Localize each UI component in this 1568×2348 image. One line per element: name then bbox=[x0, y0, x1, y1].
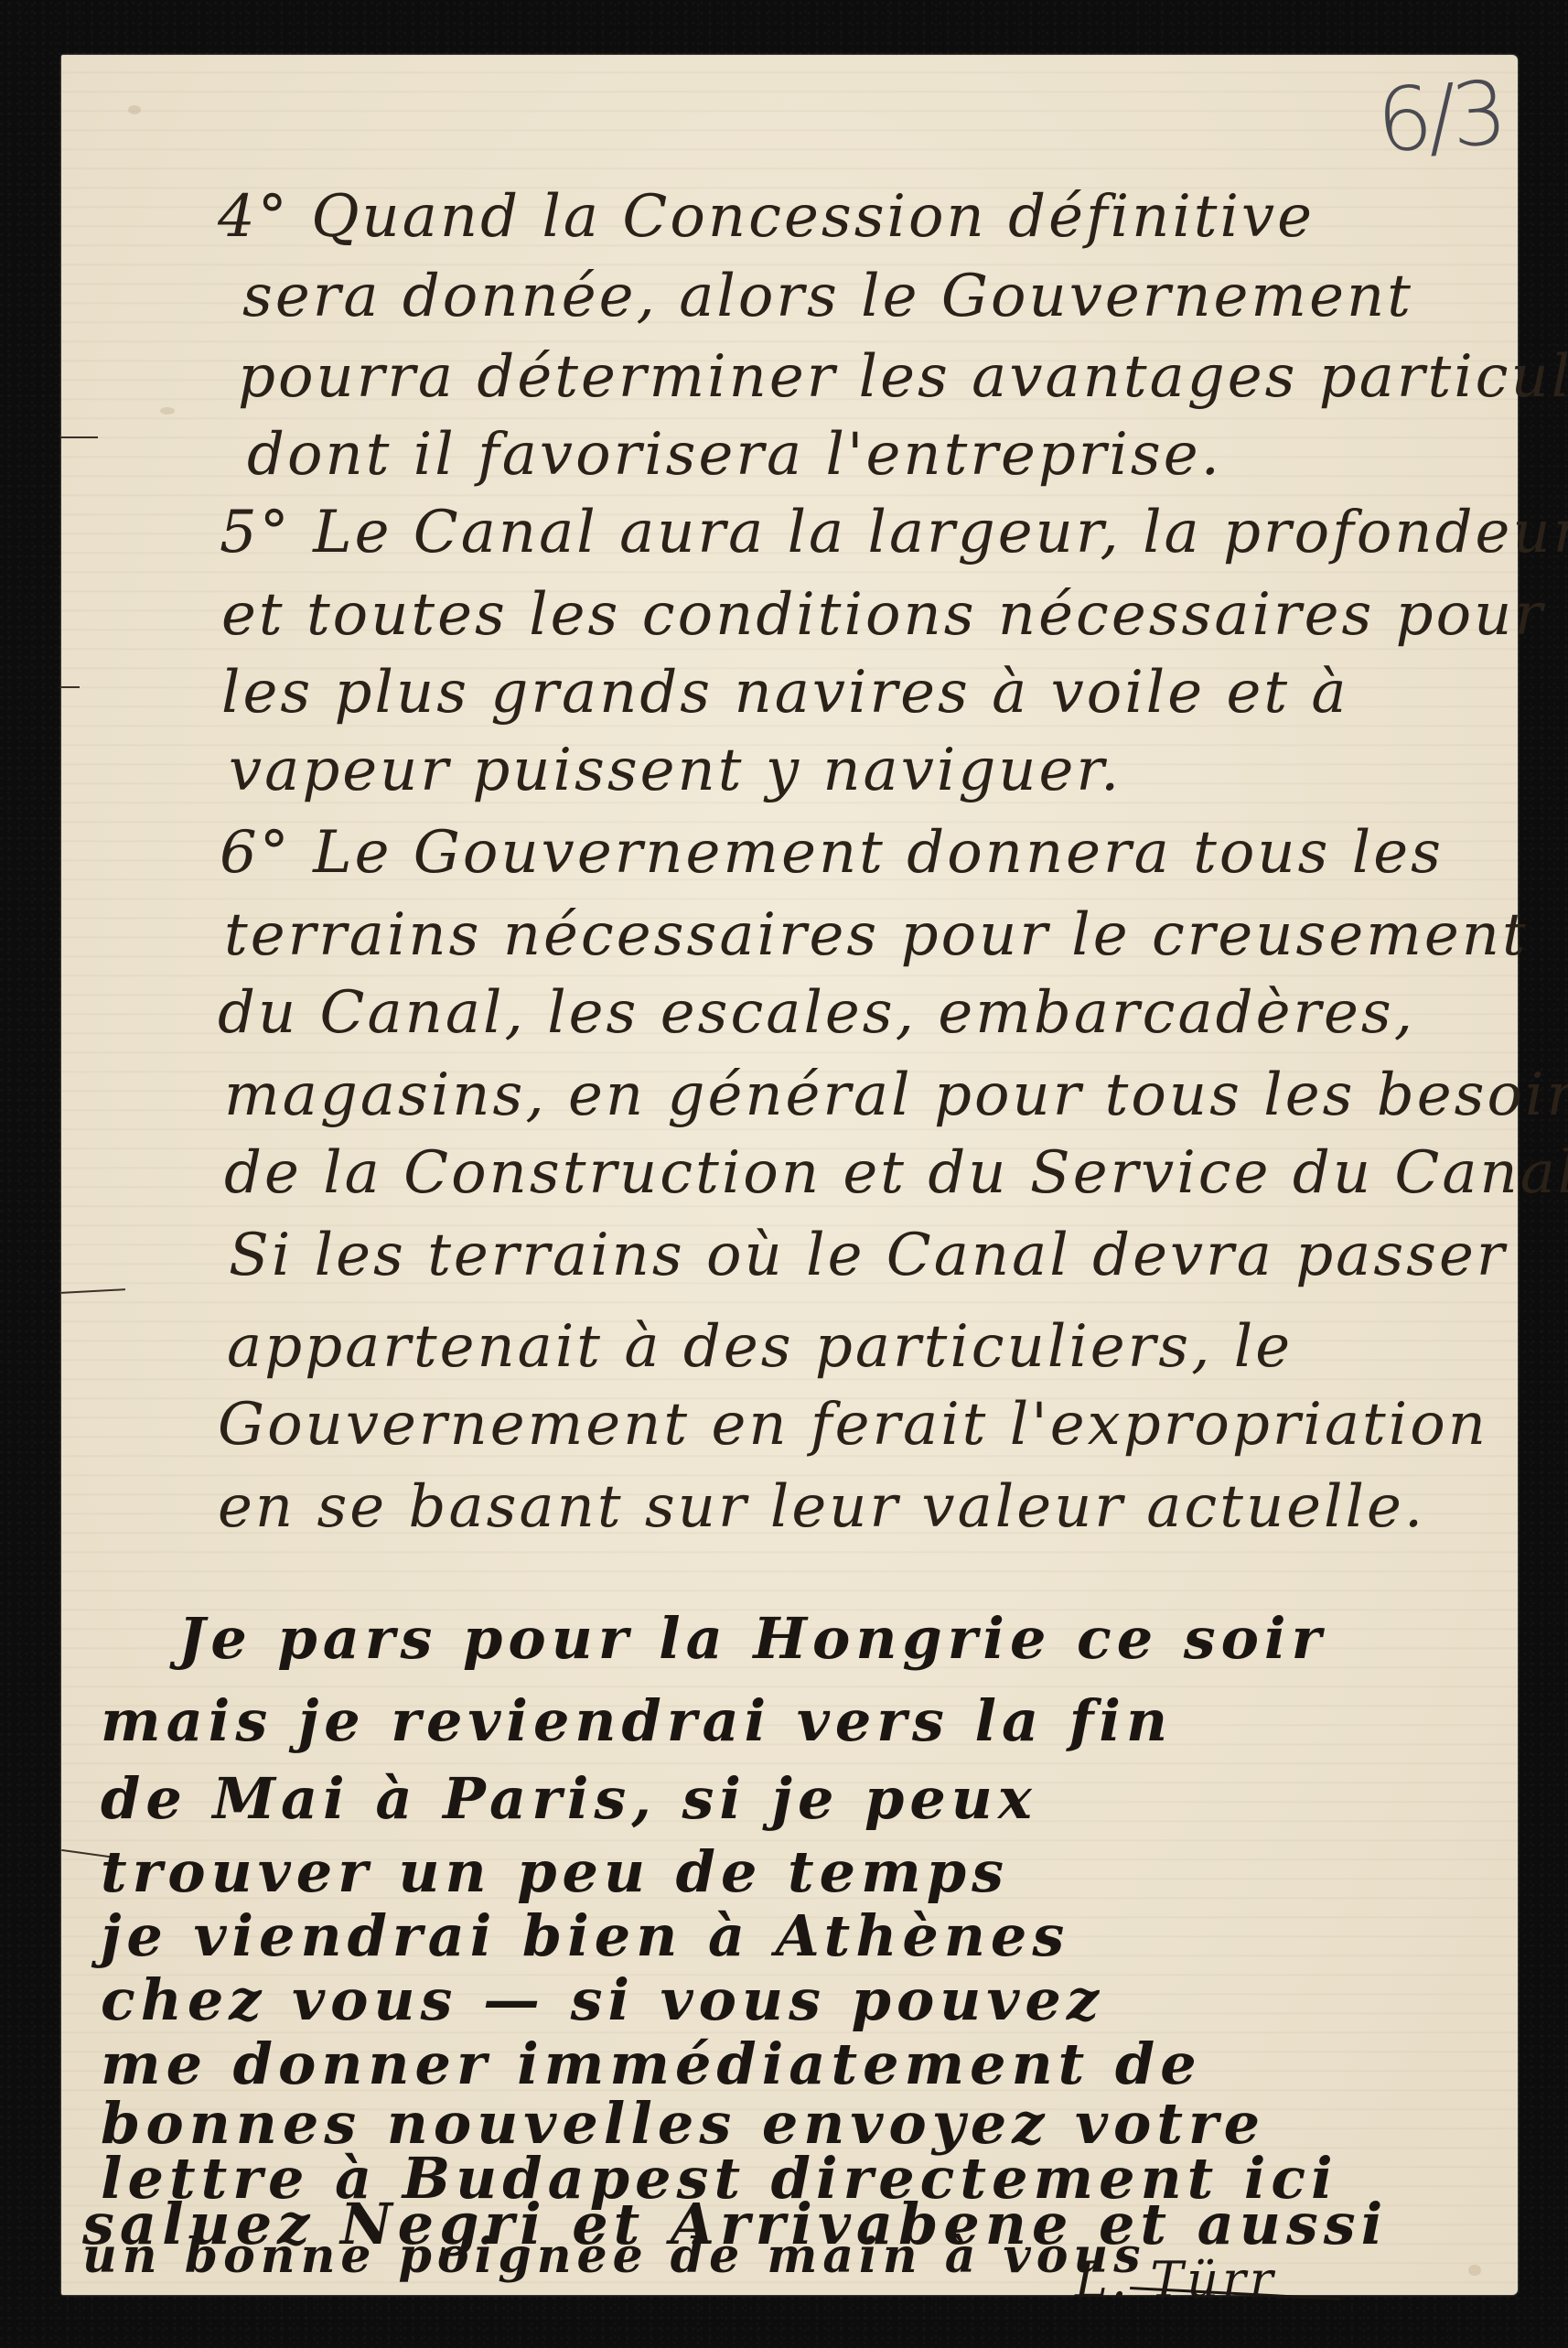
folio-number: 6/3 bbox=[1373, 61, 1505, 172]
text-line: Si les terrains où le Canal devra passer bbox=[229, 1226, 1507, 1285]
postscript-line: je viendrai bien à Athènes bbox=[101, 1908, 1069, 1965]
text-line: en se basant sur leur valeur actuelle. bbox=[218, 1478, 1425, 1536]
postscript-line: me donner immédiatement de bbox=[101, 2036, 1202, 2093]
text-line: 6° Le Gouvernement donnera tous les bbox=[220, 824, 1444, 882]
postscript-line: de Mai à Paris, si je peux bbox=[101, 1771, 1037, 1827]
margin-tick bbox=[61, 436, 98, 438]
postscript-line: mais je reviendrai vers la fin bbox=[101, 1693, 1173, 1750]
text-line: terrains nécessaires pour le creusement bbox=[224, 906, 1529, 964]
text-line: pourra déterminer les avantages particul… bbox=[238, 348, 1568, 406]
text-line: Gouvernement en ferait l'expropriation bbox=[218, 1395, 1488, 1454]
text-line: 5° Le Canal aura la largeur, la profonde… bbox=[220, 503, 1568, 562]
text-line: magasins, en général pour tous les besoi… bbox=[224, 1066, 1568, 1125]
text-line: les plus grands navires à voile et à bbox=[221, 663, 1349, 722]
text-line: et toutes les conditions nécessaires pou… bbox=[221, 586, 1568, 644]
paper-stain bbox=[160, 407, 175, 415]
paper-stain bbox=[1468, 2265, 1481, 2276]
text-line: appartenait à des particuliers, le bbox=[227, 1318, 1293, 1376]
text-line: dont il favorisera l'entreprise. bbox=[247, 425, 1222, 484]
text-line: sera donnée, alors le Gouvernement bbox=[242, 267, 1413, 326]
text-line: vapeur puissent y naviguer. bbox=[229, 741, 1122, 800]
margin-tick bbox=[61, 686, 80, 688]
postscript-line: chez vous — si vous pouvez bbox=[101, 1972, 1104, 2029]
signature: L. Türr bbox=[1075, 2251, 1277, 2309]
postscript-line: Je pars pour la Hongrie ce soir bbox=[178, 1610, 1326, 1667]
text-line: de la Construction et du Service du Cana… bbox=[224, 1144, 1568, 1202]
paper-stain bbox=[128, 105, 141, 114]
postscript-line: trouver un peu de temps bbox=[101, 1844, 1009, 1901]
postscript-line: un bonne poignée de main à vous bbox=[82, 2233, 1146, 2280]
text-line: du Canal, les escales, embarcadères, bbox=[218, 984, 1415, 1042]
text-line: 4° Quand la Concession définitive bbox=[218, 188, 1315, 246]
postscript-line: bonnes nouvelles envoyez votre bbox=[101, 2095, 1265, 2152]
